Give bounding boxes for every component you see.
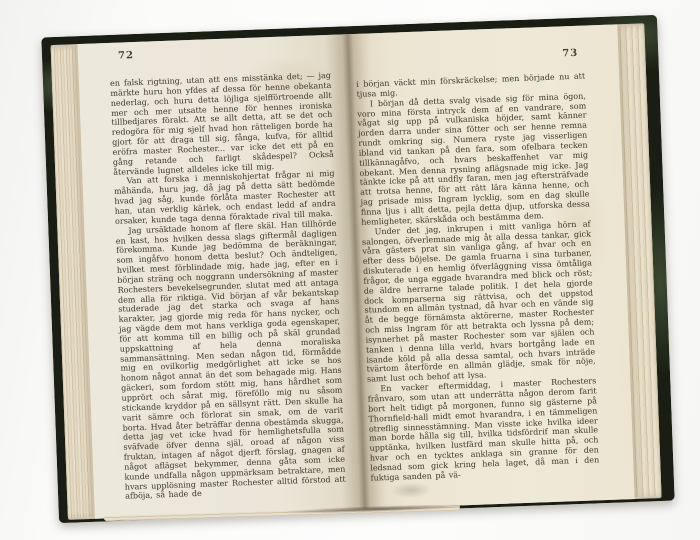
right-page-text: i början väckt min förskräckelse; men bö… — [356, 72, 600, 495]
left-page-text: en falsk rigtning, utan att ens misstänk… — [110, 71, 346, 504]
left-page: 72 en falsk rigtning, utan att ens misst… — [78, 34, 365, 519]
left-page-number: 72 — [118, 50, 134, 62]
page-block: 72 en falsk rigtning, utan att ens misst… — [51, 23, 662, 519]
paragraph: I början då detta svalg visade sig för m… — [357, 91, 591, 227]
paragraph: Van att forska i menniskohjertat frågar … — [113, 169, 336, 226]
right-page: 73 i början väckt min förskräckelse; men… — [347, 24, 634, 509]
paragraph: Under det jag, inkrupen i mitt vanliga h… — [361, 219, 596, 385]
photo-background: 72 en falsk rigtning, utan att ens misst… — [0, 0, 700, 540]
right-page-number: 73 — [562, 48, 578, 60]
paragraph: en falsk rigtning, utan att ens misstänk… — [110, 71, 334, 177]
paragraph: En vacker eftermiddag, i master Rocheste… — [367, 377, 599, 484]
book: 72 en falsk rigtning, utan att ens misst… — [41, 15, 674, 523]
paragraph: Jag ursäktade honom af flere skäl. Han t… — [115, 218, 346, 502]
